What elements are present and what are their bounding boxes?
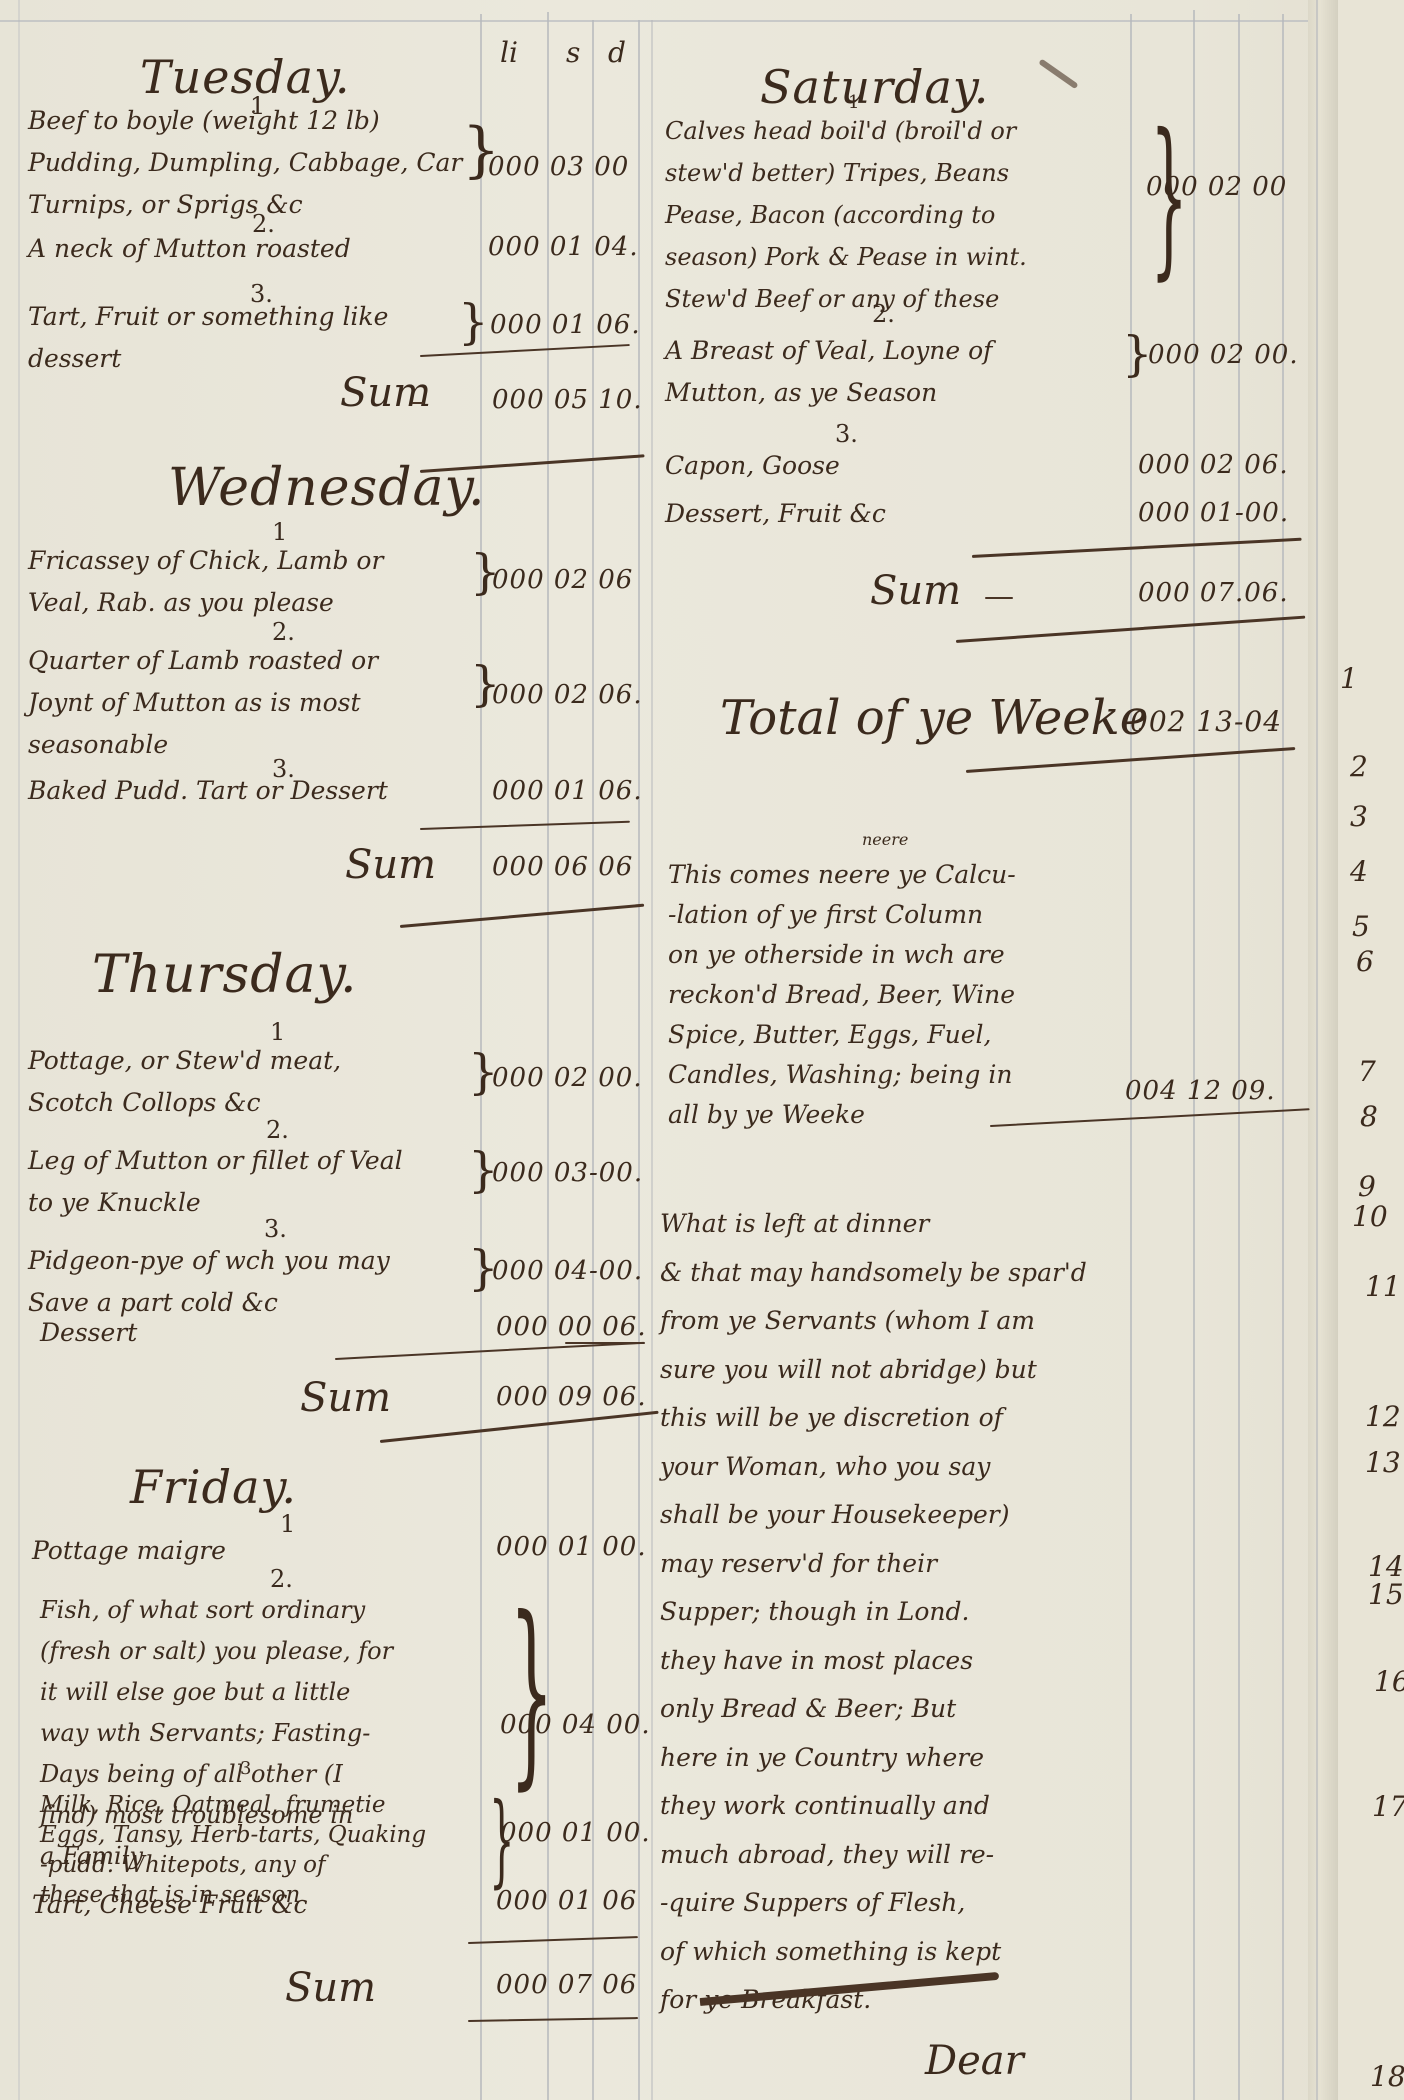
margin-number: 13 (1365, 1446, 1401, 1479)
margin-number: 8 (1360, 1100, 1378, 1133)
menu-item-text: Baked Pudd. Tart or Dessert (28, 770, 488, 812)
right-col-rule-d (1238, 14, 1240, 2100)
divider-stroke (400, 904, 644, 928)
item-amount: 000 00 06. (496, 1312, 647, 1342)
item-amount: 000 03-00. (492, 1158, 643, 1188)
margin-number: 17 (1372, 1790, 1404, 1823)
margin-number: 11 (1365, 1270, 1401, 1303)
item-amount: 000 01 04. (488, 232, 639, 262)
menu-item-text: Leg of Mutton or fillet of Veal to ye Kn… (28, 1140, 488, 1224)
top-rule (0, 20, 1310, 22)
item-amount: 000 01 00. (496, 1532, 647, 1562)
brace-icon: } (509, 1592, 554, 1792)
sum-rule (468, 1936, 638, 1944)
menu-item-text: Capon, Goose (665, 445, 1125, 487)
item-amount: 000 04-00. (492, 1256, 643, 1286)
menu-item-text: Tart, Fruit or something like dessert (28, 296, 488, 380)
margin-number: 10 (1352, 1200, 1388, 1233)
catchword: Dear (925, 2038, 1024, 2084)
calculation-note-text: This comes neere ye Calcu- -lation of ye… (668, 855, 1138, 1135)
menu-item-text: Pottage, or Stew'd meat, Scotch Collops … (28, 1040, 488, 1124)
sum-underline (468, 2017, 638, 2022)
item-amount: 000 04 00. (500, 1710, 651, 1740)
margin-number: 7 (1358, 1055, 1376, 1088)
header-pence: d (608, 36, 626, 69)
calculation-note-amount: 004 12 09. (1125, 1076, 1276, 1106)
item-number: 3 (240, 1758, 251, 1779)
margin-number: 12 (1365, 1400, 1401, 1433)
margin-number: 18 (1370, 2060, 1404, 2093)
header-pounds: li (500, 36, 518, 69)
brace-icon: } (458, 298, 489, 346)
divider-stroke (380, 1411, 659, 1443)
menu-item-text: Quarter of Lamb roasted or Joynt of Mutt… (28, 640, 488, 766)
day-title-thursday: Thursday. (92, 945, 358, 1005)
menu-item-text: Dessert, Fruit &c (665, 493, 1125, 535)
item-amount: 000 02 00. (1148, 340, 1299, 370)
header-shillings: s (566, 36, 580, 69)
item-amount: 000 02 06. (1138, 450, 1289, 480)
day-title-saturday: Saturday. (760, 60, 989, 114)
right-col-rule-end (1282, 14, 1284, 2100)
sum-label: Sum (870, 568, 961, 614)
ink-blot (1038, 59, 1078, 90)
menu-item-text: A neck of Mutton roasted (28, 228, 488, 270)
sum-label: Sum (340, 370, 431, 416)
margin-number: 2 (1350, 750, 1368, 783)
menu-item-text: Beef to boyle (weight 12 lb) Pudding, Du… (28, 100, 488, 226)
menu-item-text: Dessert (40, 1312, 500, 1354)
item-amount: 000 01 00. (500, 1818, 651, 1848)
margin-number: 15 (1368, 1578, 1404, 1611)
sum-dash (412, 402, 424, 404)
left-col-rule-end2 (651, 20, 653, 2100)
margin-number: 9 (1358, 1170, 1376, 1203)
item-amount: 000 03 00 (488, 152, 629, 182)
sum-rule (420, 821, 630, 830)
margin-number: 16 (1374, 1665, 1404, 1698)
margin-number: 4 (1350, 855, 1368, 888)
item-amount: 000 01 06. (492, 776, 643, 806)
sum-label: Sum (300, 1375, 391, 1421)
item-amount: 000 02 00. (492, 1063, 643, 1093)
item-amount: 000 02 06 (492, 565, 633, 595)
sum-dash (985, 597, 1013, 599)
right-col-rule-s (1193, 10, 1195, 2100)
day-sum: 000 06 06 (492, 852, 633, 882)
week-total-amount: 002 13-04 (1130, 705, 1282, 738)
item-amount: 000 02 00 (1146, 172, 1287, 202)
item-number: 2. (872, 300, 895, 328)
leftovers-note-text: What is left at dinner & that may handso… (660, 1200, 1140, 2025)
day-title-friday: Friday. (130, 1460, 297, 1514)
day-sum: 000 09 06. (496, 1382, 647, 1412)
item-number: 3. (264, 1215, 287, 1243)
week-total-label: Total of ye Weeke (720, 690, 1148, 746)
day-sum: 000 05 10. (492, 385, 643, 415)
day-sum: 000 07 06 (496, 1970, 637, 2000)
margin-number: 6 (1356, 945, 1374, 978)
item-number: 2. (270, 1565, 293, 1593)
item-amount: 000 01 06 (496, 1886, 637, 1916)
inserted-word: neere (862, 830, 908, 849)
next-page-rule (1316, 0, 1318, 2100)
menu-item-text: A Breast of Veal, Loyne of Mutton, as ye… (665, 330, 1125, 414)
menu-item-text: Calves head boil'd (broil'd or stew'd be… (665, 110, 1135, 320)
page-gutter (1308, 0, 1338, 2100)
margin-number: 5 (1352, 910, 1370, 943)
next-page-edge (1338, 0, 1404, 2100)
item-amount: 000 02 06. (492, 680, 643, 710)
sum-rule (972, 538, 1302, 558)
menu-item-text: Fricassey of Chick, Lamb or Veal, Rab. a… (28, 540, 488, 624)
sum-label: Sum (345, 842, 436, 888)
item-number: 3. (835, 420, 858, 448)
item-amount: 000 01 06. (490, 310, 641, 340)
menu-item-text: Tart, Cheese Fruit &c (32, 1884, 482, 1926)
left-margin-rule (18, 0, 20, 2100)
margin-number: 3 (1350, 800, 1368, 833)
day-title-tuesday: Tuesday. (140, 50, 351, 104)
sum-label: Sum (285, 1965, 376, 2011)
menu-item-text: Pottage maigre (32, 1530, 492, 1572)
manuscript-page: li s d Tuesday. 1 Beef to boyle (weight … (0, 0, 1404, 2100)
day-title-wednesday: Wednesday. (168, 458, 486, 518)
day-sum: 000 07.06. (1138, 578, 1289, 608)
margin-number: 1 (1340, 662, 1358, 695)
item-amount: 000 01-00. (1138, 498, 1289, 528)
